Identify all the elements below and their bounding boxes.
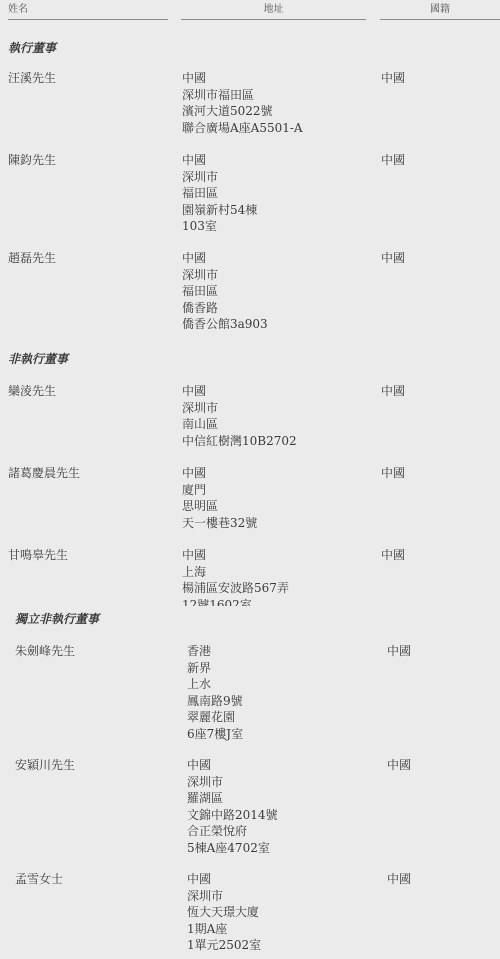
address-line: 合正榮悅府 [187,823,278,840]
director-name: 趙磊先生 [8,250,56,267]
section-title-independent: 獨立非執行董事 [15,610,99,627]
director-address: 香港 新界 上水 鳳南路9號 翠麗花園 6座7樓J室 [187,643,243,742]
address-line: 中國 [182,152,257,169]
address-line: 福田區 [182,283,268,300]
address-line: 深圳市福田區 [182,87,303,104]
section-title-non-executive: 非執行董事 [8,350,68,367]
address-line: 中國 [182,465,257,482]
address-line: 中國 [182,70,303,87]
director-name: 諸葛慶晨先生 [8,465,80,482]
address-line: 上海 [182,564,289,581]
address-line: 鳳南路9號 [187,693,243,710]
address-line: 中國 [182,250,268,267]
director-nationality: 中國 [381,70,405,87]
director-nationality: 中國 [387,871,411,888]
address-line: 12號1602室 [182,597,289,607]
address-line: 1單元2502室 [187,937,261,954]
address-line: 深圳市 [182,267,268,284]
director-address: 中國 深圳市 福田區 園嶺新村54棟 103室 [182,152,257,235]
director-address: 中國 深圳市 羅湖區 文錦中路2014號 合正榮悅府 5棟A座4702室 [187,757,278,856]
address-line: 香港 [187,643,243,660]
address-line: 園嶺新村54棟 [182,202,257,219]
address-line: 南山區 [182,416,297,433]
director-nationality: 中國 [381,152,405,169]
address-line: 中國 [182,383,297,400]
address-line: 楊浦區安波路567弄 [182,580,289,597]
address-line: 深圳市 [187,888,261,905]
address-line: 濱河大道5022號 [182,103,303,120]
section-title-executive: 執行董事 [8,39,56,56]
address-line: 中國 [187,757,278,774]
director-name: 孟雪女士 [15,871,63,888]
upper-page-region: 執行董事 汪溪先生 中國 深圳市福田區 濱河大道5022號 聯合廣場A座A550… [0,0,500,606]
address-line: 103室 [182,218,257,235]
director-nationality: 中國 [381,383,405,400]
director-address: 中國 深圳市福田區 濱河大道5022號 聯合廣場A座A5501-A [182,70,303,136]
address-line: 聯合廣場A座A5501-A [182,120,303,137]
address-line: 天一樓巷32號 [182,515,257,532]
address-line: 羅湖區 [187,790,278,807]
address-line: 福田區 [182,185,257,202]
address-line: 僑香公館3a903 [182,316,268,333]
director-address: 中國 深圳市 恆大天璟大廈 1期A座 1單元2502室 [187,871,261,954]
address-line: 6座7樓J室 [187,726,243,743]
address-line: 僑香路 [182,300,268,317]
address-line: 新界 [187,660,243,677]
address-line: 上水 [187,676,243,693]
address-line: 5棟A座4702室 [187,840,278,857]
director-nationality: 中國 [381,465,405,482]
director-address: 中國 上海 楊浦區安波路567弄 12號1602室 [182,547,289,606]
director-address: 中國 深圳市 福田區 僑香路 僑香公館3a903 [182,250,268,333]
director-nationality: 中國 [387,757,411,774]
address-line: 文錦中路2014號 [187,807,278,824]
director-nationality: 中國 [381,250,405,267]
director-name: 甘鳴皋先生 [8,547,68,564]
address-line: 深圳市 [182,400,297,417]
director-name: 欒淩先生 [8,383,56,400]
director-nationality: 中國 [387,643,411,660]
address-line: 中國 [182,547,289,564]
director-address: 中國 深圳市 南山區 中信紅樹灣10B2702 [182,383,297,449]
director-nationality: 中國 [381,547,405,564]
address-line: 深圳市 [187,774,278,791]
director-address: 中國 廈門 思明區 天一樓巷32號 [182,465,257,531]
address-line: 廈門 [182,482,257,499]
address-line: 深圳市 [182,169,257,186]
address-line: 中國 [187,871,261,888]
director-name: 朱劍峰先生 [15,643,75,660]
director-name: 安穎川先生 [15,757,75,774]
director-name: 汪溪先生 [8,70,56,87]
address-line: 中信紅樹灣10B2702 [182,433,297,450]
address-line: 翠麗花園 [187,709,243,726]
address-line: 1期A座 [187,921,261,938]
address-line: 思明區 [182,498,257,515]
director-name: 陳鈞先生 [8,152,56,169]
address-line: 恆大天璟大廈 [187,904,261,921]
